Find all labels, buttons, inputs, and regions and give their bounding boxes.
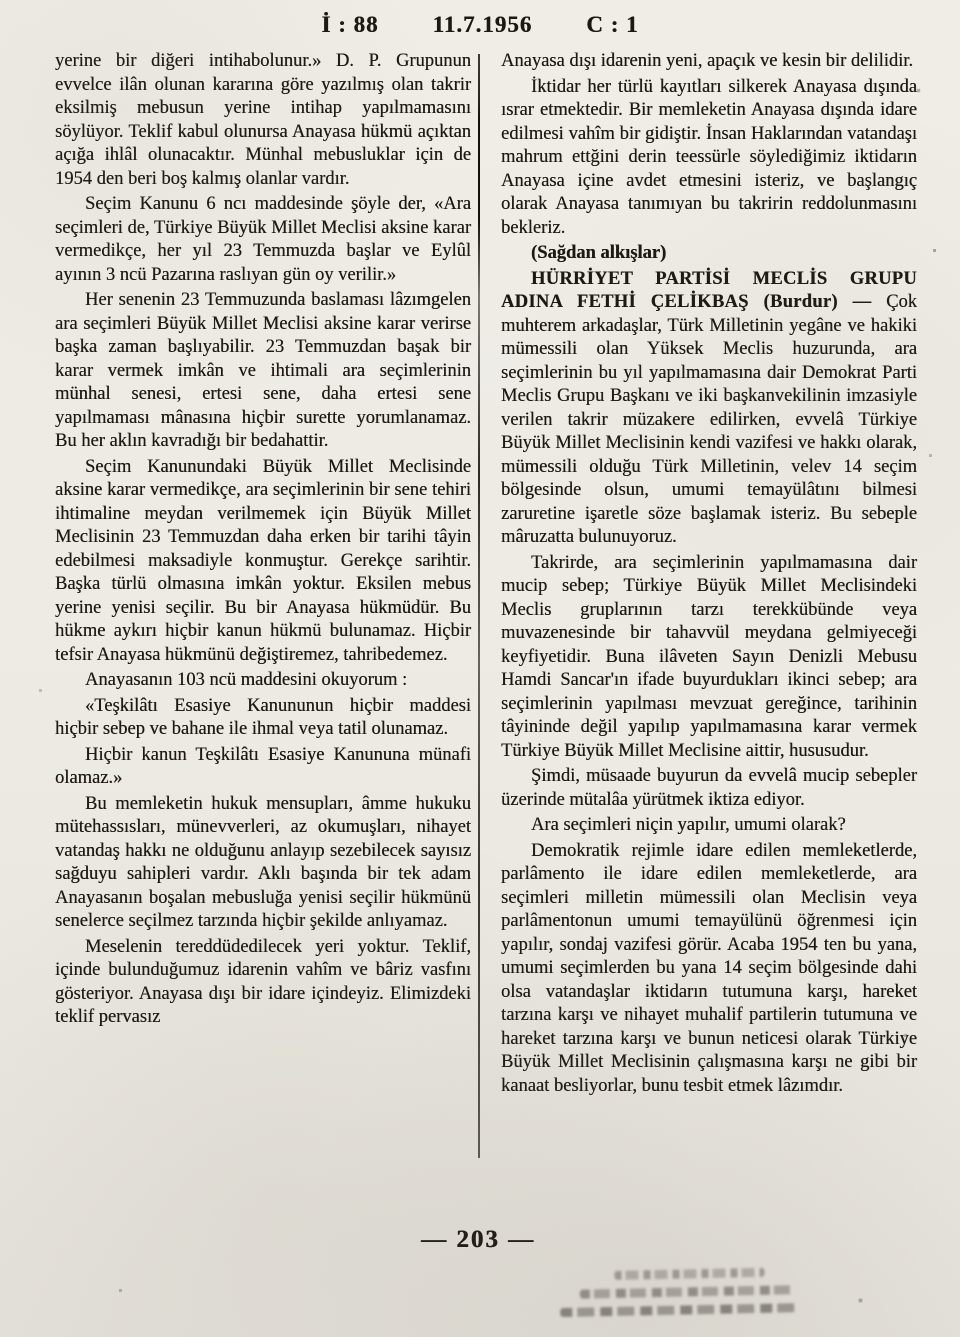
session-number: İ : 88 (321, 12, 378, 38)
smudge-line (560, 1303, 800, 1317)
paragraph: Takrirde, ara seçimlerinin yapılmamasına… (501, 552, 917, 764)
paragraph: «Teşkilâtı Esasiye Kanununun hiçbir madd… (55, 695, 471, 742)
paragraph: Hiçbir kanun Teşkilâtı Esasiye Kanununa … (55, 744, 471, 791)
paragraph: Bu memleketin hukuk mensupları, âmme huk… (55, 793, 471, 934)
smudge-line (614, 1268, 764, 1280)
paragraph: Anayasanın 103 ncü maddesini okuyorum : (55, 669, 471, 693)
paragraph: Her senenin 23 Temmuzunda baslaması lâzı… (55, 289, 471, 454)
scanned-document-page: İ : 88 11.7.1956 C : 1 yerine bir diğeri… (0, 0, 960, 1337)
right-column: Anayasa dışı idarenin yeni, apaçık ve ke… (501, 50, 917, 1100)
sitting-number: C : 1 (586, 12, 638, 38)
speech-paragraph: HÜRRİYET PARTİSİ MECLİS GRUPU ADINA FETH… (501, 268, 917, 550)
paragraph: Demokratik rejimle idare edilen memleket… (501, 840, 917, 1099)
left-column: yerine bir diğeri intihabolunur.» D. P. … (55, 50, 471, 1100)
page-number: — 203 — (0, 1226, 956, 1254)
paragraph: yerine bir diğeri intihabolunur.» D. P. … (55, 50, 471, 191)
smudge-line (580, 1285, 795, 1299)
text-columns: yerine bir diğeri intihabolunur.» D. P. … (55, 50, 917, 1100)
session-date: 11.7.1956 (433, 12, 533, 38)
paragraph: Meselenin tereddüdedilecek yeri yoktur. … (55, 936, 471, 1030)
page-header: İ : 88 11.7.1956 C : 1 (0, 12, 960, 38)
paragraph: Seçim Kanunu 6 ncı maddesinde şöyle der,… (55, 193, 471, 287)
paragraph: İktidar her türlü kayıtları silkerek Ana… (501, 76, 917, 241)
paragraph: (Sağdan alkışlar) (501, 242, 917, 266)
paragraph: Ara seçimleri niçin yapılır, umumi olara… (501, 814, 917, 838)
paragraph: Şimdi, müsaade buyurun da evvelâ mucip s… (501, 765, 917, 812)
paragraph: Seçim Kanunundaki Büyük Millet Meclisind… (55, 456, 471, 668)
speech-text: Çok muhterem arkadaşlar, Türk Milletinin… (501, 292, 917, 547)
paragraph: Anayasa dışı idarenin yeni, apaçık ve ke… (501, 50, 917, 74)
show-through-smudge (519, 1267, 800, 1327)
speaker-name: HÜRRİYET PARTİSİ MECLİS GRUPU ADINA FETH… (501, 269, 917, 313)
scan-speck-artifacts (0, 0, 1, 1)
